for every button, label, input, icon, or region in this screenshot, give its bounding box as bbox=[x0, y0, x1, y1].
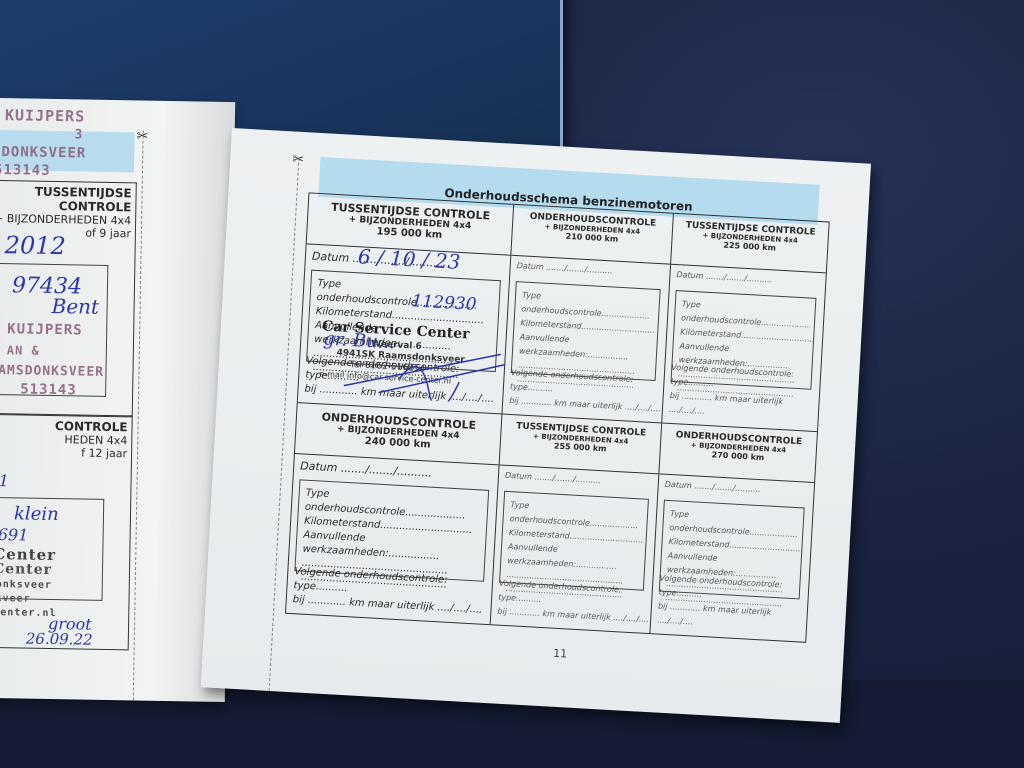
dealer-stamp-line: RAAMSDONKSVEER bbox=[0, 143, 86, 161]
schedule-cell: ONDERHOUDSCONTROLE+ BIJZONDERHEDEN 4x427… bbox=[650, 423, 816, 641]
service-stamp-line: nkveer bbox=[0, 593, 31, 605]
cell-header: ONDERHOUDSCONTROLE+ BIJZONDERHEDEN 4x427… bbox=[659, 423, 817, 483]
handwritten-date: 21 bbox=[0, 471, 9, 490]
date-field: Datum ......./......./.......... bbox=[517, 261, 613, 275]
handwritten-type: klein bbox=[14, 503, 59, 525]
next-service-field: Volgende onderhoudscontrole: type.......… bbox=[669, 361, 821, 425]
date-field: Datum ......./......./.......... bbox=[300, 459, 433, 479]
dealer-stamp-line: 513143 bbox=[20, 381, 77, 398]
service-stamp-line: Center bbox=[0, 561, 52, 578]
dealer-stamp-line: KUIJPERS bbox=[7, 321, 83, 338]
service-stamp-line: donksveer bbox=[0, 579, 52, 591]
handwritten-next-date: 26.09.22 bbox=[26, 630, 93, 649]
schedule-cell: ONDERHOUDSCONTROLE+ BIJZONDERHEDEN 4x424… bbox=[286, 403, 502, 624]
service-box-1: TUSSENTIJDSE CONTROLE + BIJZONDERHEDEN 4… bbox=[0, 180, 137, 416]
cell-header: ONDERHOUDSCONTROLE+ BIJZONDERHEDEN 4x421… bbox=[511, 205, 673, 265]
date-field: Datum ......./......./.......... bbox=[676, 270, 772, 284]
signature-scribble bbox=[338, 335, 511, 404]
schedule-cell: ONDERHOUDSCONTROLE+ BIJZONDERHEDEN 4x421… bbox=[502, 205, 673, 424]
dealer-stamp-line: RAAMSDONKSVEER bbox=[0, 363, 104, 380]
right-page: ✂ Onderhoudsschema benzinemotoren TUSSEN… bbox=[201, 128, 871, 723]
handwritten-date: 2012 bbox=[4, 231, 66, 260]
schedule-cell: TUSSENTIJDSE CONTROLE+ BIJZONDERHEDEN 4x… bbox=[298, 193, 514, 414]
cell-header: TUSSENTIJDSE CONTROLE+ BIJZONDERHEDEN 4x… bbox=[500, 415, 662, 475]
handwritten-date: 6 / 10 / 23 bbox=[357, 244, 461, 274]
maintenance-schedule-grid: TUSSENTIJDSE CONTROLE+ BIJZONDERHEDEN 4x… bbox=[285, 192, 830, 642]
handwritten-km: 112930 bbox=[411, 291, 477, 315]
box-subtitle: + BIJZONDERHEDEN 4x4 bbox=[0, 212, 135, 227]
next-service-field: Volgende onderhoudscontrole: type.......… bbox=[497, 577, 652, 627]
box-title: TUSSENTIJDSE CONTROLE bbox=[0, 181, 136, 214]
handwritten-km: 8691 bbox=[0, 525, 29, 545]
box-interval: f 12 jaar bbox=[0, 445, 131, 460]
cell-header: TUSSENTIJDSE CONTROLE+ BIJZONDERHEDEN 4x… bbox=[671, 214, 829, 274]
dealer-stamp-line: AN & bbox=[7, 343, 40, 358]
date-field: Datum ......./......./.......... bbox=[665, 480, 761, 494]
dealer-stamp-line: 513143 bbox=[0, 162, 51, 179]
service-fields-box: Type onderhoudscontrole.................… bbox=[499, 491, 649, 591]
dealer-stamp-line: KUIJPERS bbox=[5, 106, 86, 125]
handwritten-note: Bent bbox=[51, 294, 99, 319]
schedule-cell: TUSSENTIJDSE CONTROLE+ BIJZONDERHEDEN 4x… bbox=[662, 214, 828, 432]
service-fields-box: Type onderhoudscontrole.................… bbox=[511, 281, 661, 381]
schedule-cell: TUSSENTIJDSE CONTROLE+ BIJZONDERHEDEN 4x… bbox=[491, 415, 662, 634]
page-number: 11 bbox=[553, 647, 568, 661]
left-page: ✂ KUIJPERS 3 RAAMSDONKSVEER 513143 TUSSE… bbox=[0, 98, 235, 702]
cell-header: ONDERHOUDSCONTROLE+ BIJZONDERHEDEN 4x424… bbox=[295, 403, 502, 465]
dealer-stamp-line: 3 bbox=[74, 127, 83, 142]
service-box-2: CONTROLE HEDEN 4x4 f 12 jaar 21 klein 86… bbox=[0, 414, 133, 650]
next-service-field: Volgende onderhoudscontrole: type.......… bbox=[657, 572, 809, 636]
next-service-field: Volgende onderhoudscontrole: type.......… bbox=[509, 366, 664, 416]
date-field: Datum ......./......./.......... bbox=[505, 471, 601, 485]
